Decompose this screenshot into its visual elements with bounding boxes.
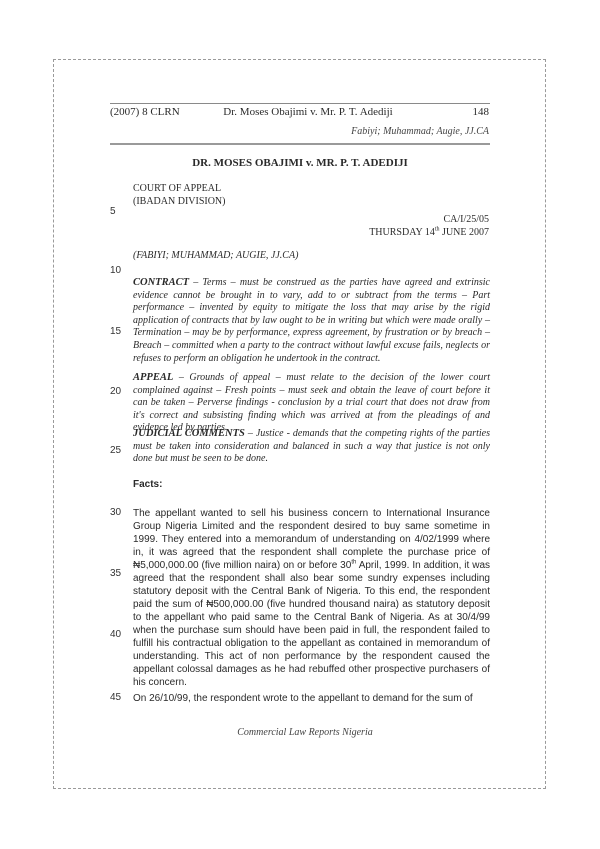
line-number: 35	[110, 568, 121, 579]
header-top-rule	[110, 103, 490, 104]
line-number: 10	[110, 265, 121, 276]
headnote-text: – Grounds of appeal – must relate to the…	[133, 372, 490, 433]
coram: (FABIYI; MUHAMMAD; AUGIE, JJ.CA)	[133, 250, 490, 263]
facts-paragraph: On 26/10/99, the respondent wrote to the…	[133, 692, 490, 705]
line-number: 40	[110, 629, 121, 640]
line-number: 15	[110, 326, 121, 337]
line-number: 30	[110, 507, 121, 518]
judgment-date: THURSDAY 14th JUNE 2007	[369, 227, 489, 240]
court-line: COURT OF APPEAL	[133, 183, 490, 196]
court-name: COURT OF APPEAL (IBADAN DIVISION)	[133, 183, 490, 208]
publication-footer: Commercial Law Reports Nigeria	[0, 727, 600, 738]
headnote-judicial-comments: JUDICIAL COMMENTS – Justice - demands th…	[133, 428, 490, 466]
headnote-heading: JUDICIAL COMMENTS	[133, 428, 245, 439]
headnote-heading: APPEAL	[133, 372, 173, 383]
line-number: 45	[110, 692, 121, 703]
case-title: DR. MOSES OBAJIMI v. MR. P. T. ADEDIJI	[110, 157, 490, 169]
headnote-heading: CONTRACT	[133, 277, 189, 288]
facts-paragraph: The appellant wanted to sell his busines…	[133, 507, 490, 689]
header-bottom-rule	[110, 143, 490, 145]
suit-details: CA/I/25/05 THURSDAY 14th JUNE 2007	[369, 214, 489, 239]
headnote-text: – Terms – must be construed as the parti…	[133, 277, 490, 364]
division-line: (IBADAN DIVISION)	[133, 196, 490, 209]
running-title: Dr. Moses Obajimi v. Mr. P. T. Adediji	[0, 106, 600, 118]
line-number: 5	[110, 206, 116, 217]
judges-header: Fabiyi; Muhammad; Augie, JJ.CA	[351, 126, 489, 137]
headnote-appeal: APPEAL – Grounds of appeal – must relate…	[133, 372, 490, 435]
line-number: 20	[110, 386, 121, 397]
page-number: 148	[473, 106, 490, 118]
suit-number: CA/I/25/05	[369, 214, 489, 227]
headnote-contract: CONTRACT – Terms – must be construed as …	[133, 277, 490, 365]
facts-heading: Facts:	[133, 479, 162, 490]
line-number: 25	[110, 445, 121, 456]
